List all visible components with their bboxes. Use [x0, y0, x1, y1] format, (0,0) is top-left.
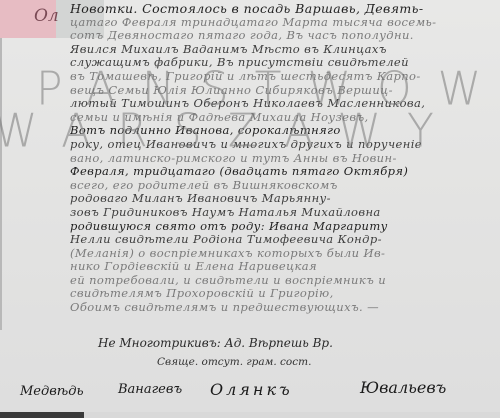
page-edge	[0, 30, 2, 330]
signature-block: Не Многотрикивъ: Ад. Вѣрпешь Вр. Свяще. …	[0, 336, 500, 406]
record-line: Вотъ подлинно Иванова, сорокалѣтняго	[70, 124, 498, 138]
record-line: въ Томашевѣ, Григорій и лѣтъ шестьдесятъ…	[70, 70, 498, 84]
record-line: Обоимъ свидѣтелямъ и предшествующихъ. —	[70, 301, 498, 315]
record-line: (Меланія) о воспріемникахъ которыхъ были…	[70, 247, 498, 261]
record-line: родившуюся свято отъ роду: Ивана Маргари…	[70, 220, 498, 234]
signature-center: Олянкъ	[210, 380, 293, 399]
record-line: всего, его родителей въ Вишняковскомъ	[70, 179, 498, 193]
record-line: Явился Михаилъ Ваданимъ Мѣсто въ Клинцах…	[70, 43, 498, 57]
signature-line-1: Не Многотрикивъ: Ад. Вѣрпешь Вр.	[98, 336, 333, 350]
record-line: служащимъ фабрики, Въ присутствіи свидѣт…	[70, 56, 498, 70]
record-line: нико Гордіевскій и Елена Наривецкая	[70, 260, 498, 274]
signature-left: Медвѣдь	[20, 384, 84, 399]
record-line: свидѣтелямъ Прохоровскій и Григорію,	[70, 287, 498, 301]
record-line: семьи и имѣнія и Фадѣева Михаила Ноузевъ…	[70, 111, 498, 125]
handwritten-record: Новотки. Состоялось в посадь Варшавь, Де…	[70, 2, 498, 315]
scan-bottom-edge-light	[84, 412, 500, 418]
record-line: зовъ Гридиниковъ Наумъ Наталья Михайловн…	[70, 206, 498, 220]
signature-line-2: Свяще. отсут. грам. сост.	[157, 356, 311, 368]
record-line: Нелли свидѣтели Родіона Тимофеевича Конд…	[70, 233, 498, 247]
record-line: Новотки. Состоялось в посадь Варшавь, Де…	[70, 2, 498, 16]
record-line: вано, латинско-римского и тутъ Анны въ Н…	[70, 152, 498, 166]
corner-mark: Ол	[34, 6, 59, 26]
signature-right: Ювальевъ	[360, 378, 446, 397]
record-line: сотъ Девяностаго пятаго года, Въ часъ по…	[70, 29, 498, 43]
signature-mid: Ванагевъ	[118, 382, 182, 397]
record-line: цатаго Февраля тринадцатаго Марта тысяча…	[70, 16, 498, 30]
record-line: ей потребовали, и свидѣтели и воспріемни…	[70, 274, 498, 288]
record-line: вещъ Семьи Юлія Юлианно Сибиряковъ Верши…	[70, 84, 498, 98]
record-line: родоваго Миланъ Ивановичъ Марьянну-	[70, 192, 498, 206]
record-line: Февраля, тридцатаго (двадцать пятаго Окт…	[70, 165, 498, 179]
record-line: лютый Тимошинъ Оберонъ Николаевъ Масленн…	[70, 97, 498, 111]
record-line: року, отец Ивановичъ и многихъ другихъ и…	[70, 138, 498, 152]
